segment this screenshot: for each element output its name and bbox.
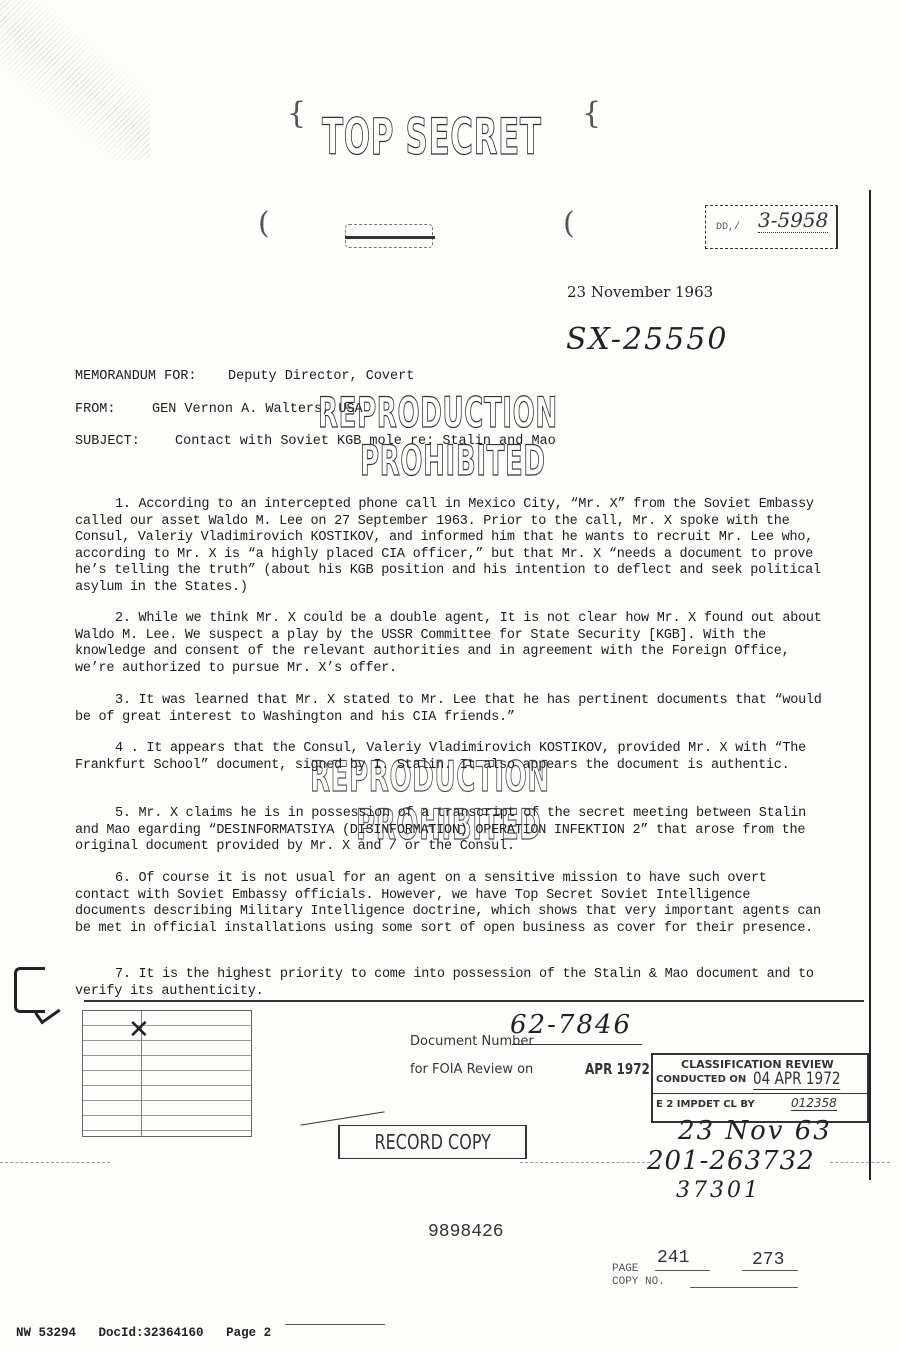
foia-review-label: for FOIA Review on	[410, 1062, 533, 1077]
right-paren-mark: (	[563, 206, 575, 241]
page-number-underline	[655, 1270, 710, 1271]
dotted-line-right	[830, 1162, 890, 1163]
paragraph-6: 6. Of course it is not usual for an agen…	[75, 871, 825, 937]
routing-form-stamp	[82, 1010, 252, 1137]
paragraph-3: 3. It was learned that Mr. X stated to M…	[75, 693, 825, 726]
memo-date: 23 November 1963	[567, 283, 713, 301]
scan-smudge	[0, 0, 150, 160]
reproduction-stamp-2: REPRODUCTION	[310, 752, 550, 801]
dotted-line-mid	[520, 1162, 650, 1163]
bottom-divider	[84, 1000, 864, 1002]
paragraph-1: 1. According to an intercepted phone cal…	[75, 497, 825, 596]
right-brace-mark: {	[582, 96, 601, 131]
copy-number-underline	[690, 1287, 798, 1288]
record-copy-stamp: RECORD COPY	[338, 1125, 527, 1159]
foia-review-date: APR 1972	[585, 1060, 650, 1078]
conducted-on-label: CONDUCTED ON	[656, 1074, 746, 1085]
page-label: PAGE	[612, 1263, 638, 1275]
handwritten-file-number: 201-263732	[647, 1146, 815, 1176]
prohibited-stamp: PROHIBITED	[360, 436, 546, 485]
copy-number-label: COPY NO.	[612, 1276, 665, 1288]
dotted-line-left	[0, 1162, 110, 1163]
footer-page: Page 2	[226, 1326, 271, 1340]
left-brace-mark: {	[287, 96, 306, 131]
left-paren-mark: (	[258, 206, 270, 241]
prohibited-stamp-2: PROHIBITED	[356, 800, 542, 849]
impdet-label: E 2 IMPDET CL BY	[656, 1099, 755, 1110]
document-number: 62-7846	[510, 1010, 632, 1040]
impdet-by: 012358	[791, 1096, 837, 1111]
footer-nw: NW 53294	[16, 1326, 76, 1340]
handwritten-reference: SX-25550	[566, 322, 728, 357]
top-secret-stamp: TOP SECRET	[322, 108, 542, 166]
document-number-underline	[512, 1044, 642, 1045]
margin-bracket-mark	[14, 967, 45, 1013]
reproduction-stamp: REPRODUCTION	[318, 388, 558, 437]
record-copy-slash	[300, 1111, 384, 1125]
x-mark-icon: ✕	[128, 1015, 150, 1045]
page-total: 273	[752, 1250, 784, 1270]
handwritten-date: 23 Nov 63	[678, 1116, 832, 1146]
from-label: FROM:	[75, 402, 116, 417]
memo-for-value: Deputy Director, Covert	[228, 369, 414, 384]
paragraph-7: 7. It is the highest priority to come in…	[75, 967, 825, 1000]
subject-label: SUBJECT:	[75, 434, 140, 449]
paragraph-2: 2. While we think Mr. X could be a doubl…	[75, 611, 825, 677]
right-margin-rule	[869, 190, 871, 1180]
page-total-underline	[742, 1270, 798, 1271]
conducted-on-date: 04 APR 1972	[753, 1069, 841, 1090]
classification-review-box: CLASSIFICATION REVIEW CONDUCTED ON 04 AP…	[651, 1053, 869, 1123]
footer-docid: DocId:32364160	[99, 1326, 204, 1340]
serial-number: 9898426	[428, 1222, 504, 1242]
handwritten-number: 37301	[676, 1178, 761, 1203]
footer-rule	[285, 1324, 385, 1325]
control-number-prefix: DD,/	[716, 222, 740, 233]
footer: NW 53294 DocId:32364160 Page 2	[16, 1326, 271, 1340]
review-divider	[653, 1093, 867, 1094]
control-number: 3-5958	[758, 208, 828, 233]
strike-through-line	[345, 236, 435, 239]
page-number: 241	[657, 1248, 689, 1268]
memo-for-label: MEMORANDUM FOR:	[75, 369, 197, 384]
